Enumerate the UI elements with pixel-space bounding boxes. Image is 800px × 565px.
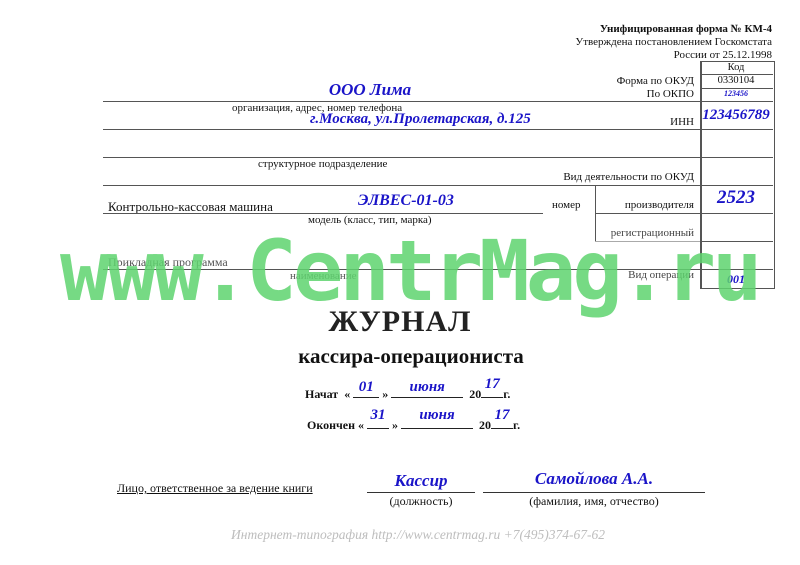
end-year-field[interactable]: 17 xyxy=(491,414,513,429)
start-date-row: Начат « 01 » июня 2017г. xyxy=(305,383,510,402)
responsible-name: Самойлова А.А. xyxy=(483,469,705,489)
end-month-field[interactable]: июня xyxy=(401,414,473,429)
start-label: Начат xyxy=(305,387,338,401)
form-header: Унифицированная форма № КМ-4 Утверждена … xyxy=(472,23,772,62)
start-month-field[interactable]: июня xyxy=(391,383,463,398)
form-title: Унифицированная форма № КМ-4 xyxy=(472,23,772,36)
start-day-field[interactable]: 01 xyxy=(353,383,379,398)
inn-value: 123456789 xyxy=(700,107,772,124)
approved-line-1: Утверждена постановлением Госкомстата xyxy=(472,36,772,49)
okud-value: 0330104 xyxy=(700,75,772,86)
name-caption: (фамилия, имя, отчество) xyxy=(483,494,705,509)
application-caption: наименование xyxy=(290,270,356,282)
organization-name: ООО Лима xyxy=(290,80,450,100)
code-column-header: Код xyxy=(700,62,772,73)
cash-register-model: ЭЛВЕС-01-03 xyxy=(358,192,454,210)
operation-type-label: Вид операции xyxy=(628,269,694,281)
subdivision-caption: структурное подразделение xyxy=(258,158,387,170)
okud-label: Форма по ОКУД xyxy=(617,75,694,87)
responsible-label: Лицо, ответственное за ведение книги xyxy=(117,481,313,496)
number-label: номер xyxy=(552,199,581,211)
position-caption: (должность) xyxy=(367,494,475,509)
activity-label: Вид деятельности по ОКУД xyxy=(563,171,694,183)
journal-title: ЖУРНАЛ xyxy=(0,305,800,339)
registration-label: регистрационный xyxy=(611,227,694,239)
inn-label: ИНН xyxy=(670,116,694,128)
journal-subtitle: кассира-операциониста xyxy=(0,344,800,369)
start-year-field[interactable]: 17 xyxy=(481,383,503,398)
end-day-field[interactable]: 31 xyxy=(367,414,389,429)
model-caption: модель (класс, тип, марка) xyxy=(308,214,432,226)
organization-address: г.Москва, ул.Пролетарская, д.125 xyxy=(310,111,531,128)
manufacturer-label: производителя xyxy=(625,199,694,211)
okpo-label: По ОКПО xyxy=(647,88,694,100)
application-label: Прикладная программа xyxy=(108,255,228,270)
end-date-row: Окончен « 31 » июня 2017г. xyxy=(307,414,520,433)
responsible-position: Кассир xyxy=(367,471,475,491)
okpo-value: 123456 xyxy=(700,89,772,98)
end-label: Окончен xyxy=(307,418,355,432)
manufacturer-number-value: 2523 xyxy=(700,187,772,209)
operation-type-value: 001 xyxy=(700,272,772,287)
footer-printer-info: Интернет-типография http://www.centrmag.… xyxy=(0,527,800,543)
